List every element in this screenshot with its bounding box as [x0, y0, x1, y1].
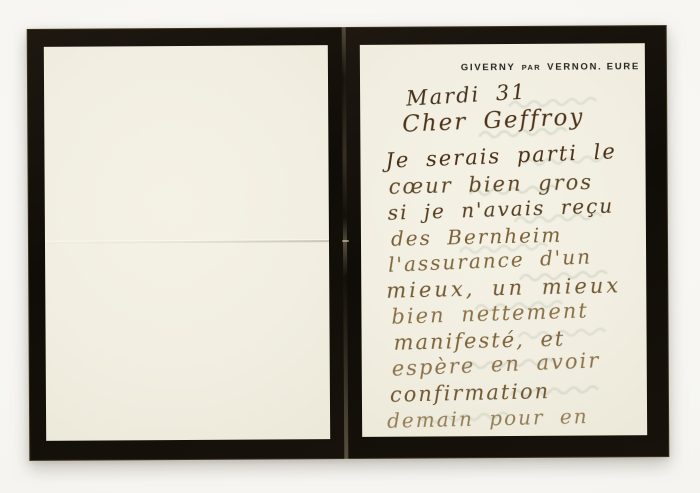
letter-right-panel: GIVERNY PAR VERNON. EURE Mardi 31 Cher G…	[344, 25, 670, 459]
photo-background: GIVERNY PAR VERNON. EURE Mardi 31 Cher G…	[0, 0, 700, 493]
printed-letterhead: GIVERNY PAR VERNON. EURE	[461, 61, 640, 73]
mourning-letter-card: GIVERNY PAR VERNON. EURE Mardi 31 Cher G…	[27, 25, 670, 461]
blank-page	[44, 45, 330, 441]
fold-crease-horizontal	[45, 240, 329, 244]
fold-crease-highlight	[342, 240, 349, 242]
letter-page: GIVERNY PAR VERNON. EURE Mardi 31 Cher G…	[360, 43, 647, 437]
letterhead-preposition: PAR	[522, 63, 541, 72]
letterhead-region: VERNON. EURE	[547, 61, 640, 73]
handwritten-text: Mardi 31 Cher Geffroy Je serais parti le…	[372, 84, 644, 434]
letter-left-panel	[27, 27, 347, 461]
letterhead-place: GIVERNY	[461, 62, 516, 73]
handwriting-line: demain pour en	[387, 402, 645, 434]
